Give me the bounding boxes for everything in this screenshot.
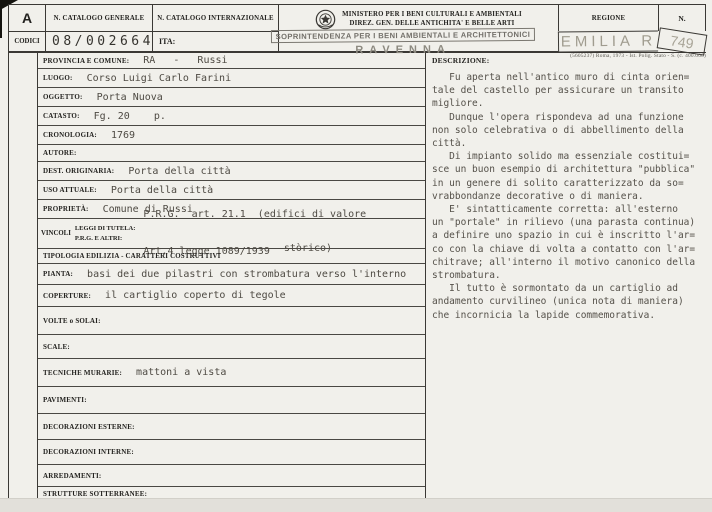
catalog-card: A N. CATALOGO GENERALE N. CATALOGO INTER… xyxy=(8,4,706,501)
stamp-city-name: RAVENNA xyxy=(270,43,536,57)
field-value: Corso Luigi Carlo Farini xyxy=(87,73,232,84)
vincoli-storico: stòrico) xyxy=(284,243,332,256)
field-row-decorazioni-esterne: DECORAZIONI ESTERNE: xyxy=(38,414,425,440)
scan-edge-artifact xyxy=(0,0,2,38)
printer-imprint: (5605237) Roma, 1973 - Ist. Polig. Stato… xyxy=(570,53,706,59)
codici-label: CODICI xyxy=(8,31,45,52)
field-value: basi dei due pilastri con strombatura ve… xyxy=(87,269,406,280)
field-label: DECORAZIONI ESTERNE: xyxy=(43,423,135,431)
field-label: VOLTE o SOLAI: xyxy=(43,317,101,325)
field-row-pavimenti: PAVIMENTI: xyxy=(38,387,425,414)
numero-label: N. xyxy=(658,4,706,31)
field-label: LUOGO: xyxy=(43,74,73,82)
field-row-luogo: LUOGO: Corso Luigi Carlo Farini xyxy=(38,69,425,88)
field-row-decorazioni-interne: DECORAZIONI INTERNE: xyxy=(38,440,425,465)
field-label: DEST. ORIGINARIA: xyxy=(43,167,114,175)
ita-label: ITA: xyxy=(152,31,278,52)
field-label: USO ATTUALE: xyxy=(43,186,97,194)
field-row-dest-originaria: DEST. ORIGINARIA: Porta della città xyxy=(38,162,425,181)
prg-e-altri-label: P.R.G. E ALTRI: xyxy=(75,234,136,244)
field-label: COPERTURE: xyxy=(43,292,91,300)
field-value: 1769 xyxy=(111,130,135,141)
field-row-catasto: CATASTO: Fg. 20 p. xyxy=(38,107,425,126)
field-label: OGGETTO: xyxy=(43,93,83,101)
vincoli-sublabels: LEGGI DI TUTELA: P.R.G. E ALTRI: xyxy=(75,224,136,244)
stamp-office-name: SOPRINTENDENZA PER I BENI AMBIENTALI E A… xyxy=(271,28,536,43)
field-label: STRUTTURE SOTTERRANEE: xyxy=(43,490,147,498)
field-label: PAVIMENTI: xyxy=(43,396,87,404)
left-margin-column xyxy=(9,53,38,501)
field-value: RA - Russi xyxy=(143,55,227,66)
field-label: PIANTA: xyxy=(43,270,73,278)
field-label: DECORAZIONI INTERNE: xyxy=(43,448,134,456)
field-row-arredamenti: ARREDAMENTI: xyxy=(38,465,425,487)
field-row-autore: AUTORE: xyxy=(38,145,425,162)
soprintendenza-stamp: SOPRINTENDENZA PER I BENI AMBIENTALI E A… xyxy=(270,24,536,57)
field-row-coperture: COPERTURE: il cartiglio coperto di tegol… xyxy=(38,285,425,307)
field-value: Porta della città xyxy=(128,166,230,177)
field-label: SCALE: xyxy=(43,343,70,351)
vincoli-label: VINCOLI xyxy=(41,230,71,237)
descrizione-text: Fu aperta nell'antico muro di cinta orie… xyxy=(432,71,703,322)
field-value: il cartiglio coperto di tegole xyxy=(105,290,286,301)
catalogo-generale-label: N. CATALOGO GENERALE xyxy=(45,4,152,31)
field-label: TECNICHE MURARIE: xyxy=(43,369,122,377)
field-value: Porta Nuova xyxy=(97,92,163,103)
vincoli-value-line1: P.R.G. art. 21.1 (edifici di valore xyxy=(143,209,366,222)
regione-label: REGIONE xyxy=(558,4,658,31)
field-label: PROPRIETÀ: xyxy=(43,205,89,213)
field-label: AUTORE: xyxy=(43,149,77,157)
catalogo-internazionale-label: N. CATALOGO INTERNAZIONALE xyxy=(152,4,278,31)
ministry-line1: MINISTERO PER I BENI CULTURALI E AMBIENT… xyxy=(342,11,522,20)
leggi-di-tutela-label: LEGGI DI TUTELA: xyxy=(75,224,136,234)
field-row-tecniche-murarie: TECNICHE MURARIE: mattoni a vista xyxy=(38,359,425,387)
regione-value: EMILIA R xyxy=(558,30,658,52)
field-label: CRONOLOGIA: xyxy=(43,131,97,139)
field-value: mattoni a vista xyxy=(136,367,226,378)
field-value: Fg. 20 p. xyxy=(94,111,166,122)
field-row-volte-solai: VOLTE o SOLAI: xyxy=(38,307,425,335)
field-row-scale: SCALE: xyxy=(38,335,425,359)
scan-bottom-edge xyxy=(0,498,712,512)
field-label: ARREDAMENTI: xyxy=(43,472,101,480)
fields-column: PROVINCIA E COMUNE: RA - Russi LUOGO: Co… xyxy=(38,53,425,501)
description-column: DESCRIZIONE: Fu aperta nell'antico muro … xyxy=(425,53,707,501)
field-label: CATASTO: xyxy=(43,112,80,120)
field-label: PROVINCIA E COMUNE: xyxy=(43,57,129,65)
card-type-letter: A xyxy=(8,4,45,31)
codici-value: 08/00266402 xyxy=(45,31,152,52)
field-row-cronologia: CRONOLOGIA: 1769 xyxy=(38,126,425,145)
field-row-oggetto: OGGETTO: Porta Nuova xyxy=(38,88,425,107)
field-row-vincoli: VINCOLI LEGGI DI TUTELA: P.R.G. E ALTRI:… xyxy=(38,219,425,249)
body-table: PROVINCIA E COMUNE: RA - Russi LUOGO: Co… xyxy=(8,52,706,501)
